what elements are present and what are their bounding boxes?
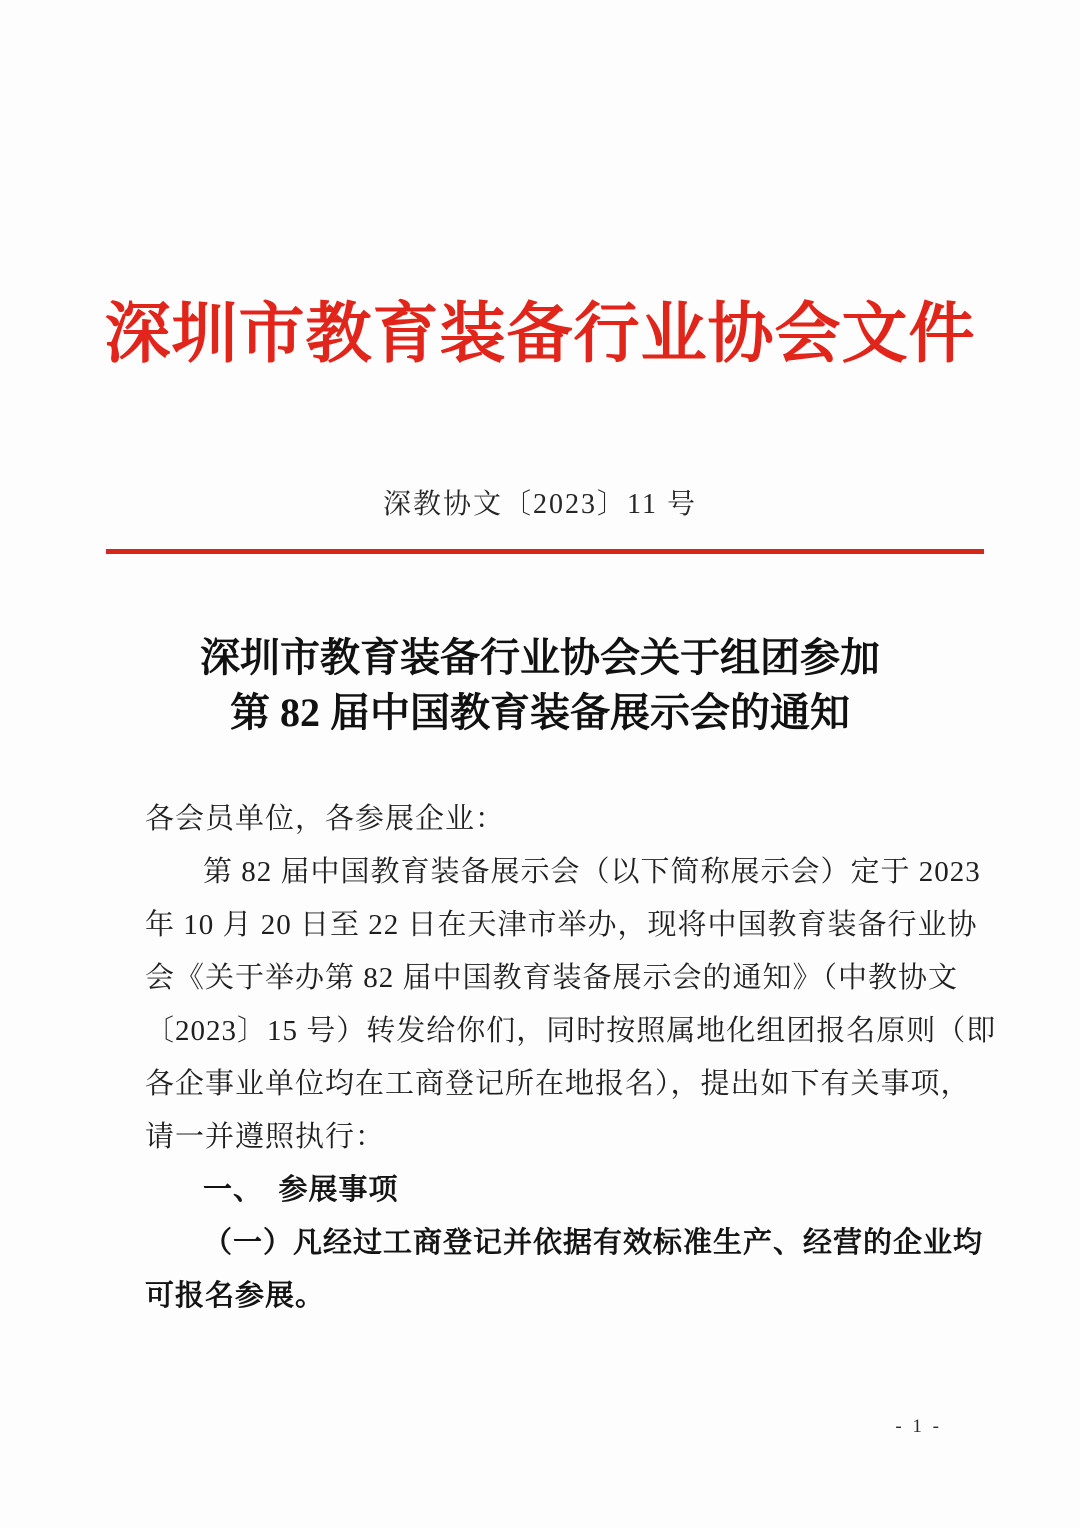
- list-item-line: （一）凡经过工商登记并依据有效标准生产、经营的企业均: [145, 1217, 945, 1270]
- document-body: 各会员单位，各参展企业： 第 82 届中国教育装备展示会（以下简称展示会）定于 …: [145, 793, 945, 1323]
- document-header-title: 深圳市教育装备行业协会文件: [0, 292, 1080, 378]
- document-page: 深圳市教育装备行业协会文件 深教协文〔2023〕11 号 深圳市教育装备行业协会…: [0, 0, 1080, 1528]
- paragraph-line: 会《关于举办第 82 届中国教育装备展示会的通知》（中教协文: [145, 952, 945, 1005]
- red-divider-line: [106, 549, 984, 554]
- paragraph-line: 〔2023〕15 号）转发给你们，同时按照属地化组团报名原则（即: [145, 1005, 945, 1058]
- document-number: 深教协文〔2023〕11 号: [0, 482, 1080, 522]
- paragraph-line: 年 10 月 20 日至 22 日在天津市举办，现将中国教育装备行业协: [145, 899, 945, 952]
- document-title-line1: 深圳市教育装备行业协会关于组团参加: [0, 630, 1080, 685]
- document-title-line2: 第 82 届中国教育装备展示会的通知: [0, 685, 1080, 740]
- paragraph-line: 各企事业单位均在工商登记所在地报名），提出如下有关事项，: [145, 1058, 945, 1111]
- page-number: - 1 -: [895, 1416, 942, 1438]
- document-title: 深圳市教育装备行业协会关于组团参加 第 82 届中国教育装备展示会的通知: [0, 630, 1080, 740]
- salutation-line: 各会员单位，各参展企业：: [145, 793, 945, 846]
- paragraph-line: 第 82 届中国教育装备展示会（以下简称展示会）定于 2023: [145, 846, 945, 899]
- paragraph-line: 请一并遵照执行：: [145, 1111, 945, 1164]
- section-heading: 一、 参展事项: [145, 1164, 945, 1217]
- list-item-line: 可报名参展。: [145, 1270, 945, 1323]
